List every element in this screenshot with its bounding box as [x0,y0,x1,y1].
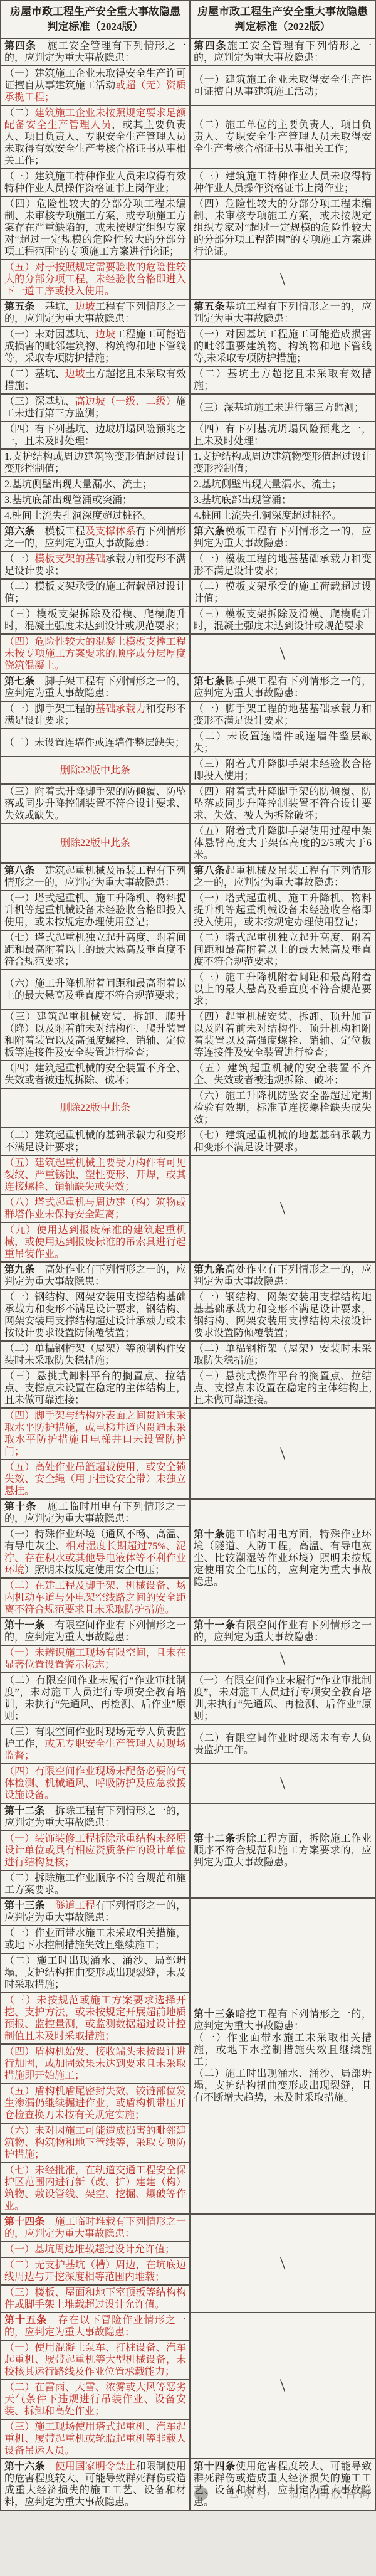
cell-2024: （三）有限空间作业时现场无专人负责监护工作，或无专职安全生产管理人员现场监督； [1,1724,190,1764]
cell-2024: 第十六条 使用国家明令禁止和限制使用的危害程度较大、可能导致群死群伤或造成重大经… [1,2459,190,2510]
text-segment: （三）建筑起重机械安装、拆卸、爬升（降）以及附着前未对结构件、爬升装置和附着装置… [4,1012,186,1058]
cell-2022: \ [190,260,375,299]
text-segment: 第五条 [194,302,225,312]
cell-2024: （七）塔式起重机独立起升高度、附着间距和最高附着以上的最大悬高及垂直度不符合规范… [1,930,190,970]
text-segment: （四）危险性较大的分部分项工程未编制、未审核专项施工方案，或专项施工方案存在严重… [4,199,186,257]
text-segment: （二）在雷雨、大雪、浓雾或大风等恶劣天气条件下违规进行吊装作业、设备安装、拆卸和… [4,2382,186,2417]
table-row: （三）建筑起重机械安装、拆卸、爬升（降）以及附着前未对结构件、爬升装置和附着装置… [1,1009,375,1061]
text-segment: 第十条 [194,1529,225,1540]
text-segment: （一）作业面带水施工未采取相关措施，或地下水控制措施失效且继续施工； [4,1928,186,1951]
table-row: （四）危险性较大的混凝土模板支撑工程未按专项施工方案要求的顺序或分层厚度浇筑混凝… [1,634,375,674]
cell-2024: 第七条 脚手架工程有下列情形之一的，应判定为重大事故隐患： [1,674,190,701]
text-segment: 2.基坑侧壁出现大量漏水、流土； [194,479,342,490]
cell-2022: （三）悬挑式操作平台的搁置点、拉结点、支撑点未设置在稳定的主体结构上,且未做可靠… [190,1369,375,1408]
cell-2024: （三）建筑施工特种作业人员未取得有效特种作业人员操作资格证书上岗作业； [1,169,190,196]
cell-2022: （二）塔式起重机独立起升高度、附着间距和最高附着以上的最大悬高及垂直度不符合规范… [190,930,375,970]
text-segment: 删除22版中此条 [60,765,130,776]
cell-2022: （二）单榀钢桁架（屋架）安装时未采取防失稳措施； [190,1341,375,1369]
cell-2024: 第十四条 施工临时堆载有下列情形之一的，应判定为重大事故隐患： [1,2214,190,2242]
text-segment: （五）盾构机盾尾密封失效、铰链部位发生渗漏仍继续掘进作业，或盾构机带压开仓检查换… [4,2086,186,2121]
cell-2024: （五）盾构机盾尾密封失效、铰链部位发生渗漏仍继续掘进作业，或盾构机带压开仓检查换… [1,2084,190,2123]
text-segment [44,1900,55,1911]
table-row: （二）建筑起重机械的基础承载力和变形不满足设计要求；（七）建筑起重机械的地基基础… [1,1128,375,1155]
cell-2024: （三）悬挑式卸料平台的搁置点、拉结点、支撑点未设置在稳定的主体结构上，且未做可靠… [1,1369,190,1408]
text-segment: （五）高处作业吊篮超载使用，或安全锁失效、安全绳（用于挂设安全带）未独立悬挂。 [4,1462,186,1497]
cell-2024: （四）有下列基坑、边坡坍塌风险预兆之一，且未及时处理： [1,421,190,449]
cell-2024: （一）装饰装修工程拆除承重结构未经原设计单位或具有相应资质条件的设计单位进行结构… [1,1831,190,1870]
text-segment: 第七条 [4,676,34,687]
text-segment: \ [280,2375,285,2396]
text-segment: （二）基坑、 [4,369,65,379]
cell-2024: 2.基坑侧壁出现大量漏水、流土； [1,477,190,492]
text-segment: （九）使用达到报废标准的建筑起重机械，或使用达到报废标准的吊索具进行起重吊装作业… [4,1225,186,1259]
table-row: （七）塔式起重机独立起升高度、附着间距和最高附着以上的最大悬高及垂直度不符合规范… [1,930,375,970]
text-segment: \ [280,644,285,664]
text-segment: （四）有限空间作业现场未配备必要的气体检测、机械通风、呼吸防护及应急救援设施设备… [4,1766,186,1801]
table-row: （三）深基坑、高边坡（一级、二级）施工未进行第三方监测；（三）深基坑施工未进行第… [1,394,375,421]
cell-2024: （一）脚手架工程的基础承载力和变形不满足设计要求； [1,701,190,729]
text-segment: 及支撑体系 [85,526,136,537]
text-segment: （二）有限空间作业时现场未有专人负责监护工作。 [194,1733,372,1756]
text-segment: （四）脚手架与结构外表面之间贯通未采取水平防护措施，或电梯井道内贯通未采取水平防… [4,1411,186,1457]
cell-2024: （一）使用混凝土泵车、打桩设备、汽车起重机、履带起重机等大型机械设备，未校核其运… [1,2340,190,2380]
text-segment: \ [280,1773,285,1794]
text-segment: （一）使用混凝土泵车、打桩设备、汽车起重机、履带起重机等大型机械设备，未校核其运… [4,2343,186,2377]
cell-2022: （一）有限空间作业未履行“作业审批制度”，未对施工人员进行专项安全教育培训,未执… [190,1673,375,1724]
cell-2024: （三）施工现场使用塔式起重机、汽车起重机、履带起重机或轮胎起重机等非载人设备吊运… [1,2419,190,2459]
text-segment: 第六条 [194,526,225,537]
text-segment: 第十三条 [4,1900,44,1911]
cell-2024: （一）建筑施工企业未取得安全生产许可证擅自从事建筑施工活动或超（无）资质承揽工程… [1,66,190,105]
text-segment: （三）悬挑式操作平台的搁置点、拉结点、支撑点未设置在稳定的主体结构上,且未做可靠… [194,1371,372,1406]
text-segment: （二）单榀钢桁架（屋架）安装时未采取防失稳措施； [194,1344,372,1366]
text-segment: 第九条 [4,1264,34,1275]
text-segment: 使用国家明令禁止 [55,2461,136,2472]
cell-2022: \ [190,634,375,674]
table-row: （二）未设置连墙件或连墙件整层缺失；（二）未设置连墙件或连墙件整层缺失； [1,729,375,756]
cell-2022: （一）模板工程的地基基础承载力和变形不满足设计要求； [190,551,375,579]
text-segment: （三）未按规范或施工方案要求选择开挖、支护方法，或未按规定开展超前地质预报、监控… [4,1995,186,2042]
text-segment: 第十五条 [4,2315,48,2326]
text-segment: ）照明未按规定使用安全电压； [24,1565,165,1576]
table-row: 第五条 基坑、边坡工程有下列情形之一的，应判定为重大事故隐患：第五条基坑工程有下… [1,299,375,327]
cell-2024: （三）深基坑、高边坡（一级、二级）施工未进行第三方监测； [1,394,190,421]
cell-2024: （二）在建工程及脚手架、机械设备、场内机动车道与外电架空线路之间的安全距离不符合… [1,1578,190,1618]
text-segment: 基坑、 [34,302,75,312]
text-segment: （一）脚手架工程的地基基础承载力和变形不满足设计要求； [194,704,372,726]
cell-2022: \ [190,2313,375,2459]
cell-2024: （四）建筑起重机械的安全装置不齐全、失效或者被违规拆除、破坏； [1,1061,190,1088]
table-row: （四）危险性较大的分部分项工程未编制、未审核专项施工方案，或专项施工方案存在严重… [1,196,375,260]
text-segment: （二） [4,108,34,119]
text-segment: \ [280,269,285,290]
table-row: （五）建筑起重机械主要受力构件有可见裂纹、严重锈蚀、塑性变形、开焊，或其连接螺栓… [1,1155,375,1195]
text-segment: 2.基坑侧壁出现大量漏水、流土； [4,479,152,490]
cell-2024: （四）有限空间作业现场未配备必要的气体检测、机械通风、呼吸防护及应急救援设施设备… [1,1764,190,1803]
text-segment: 删除22版中此条 [60,1103,130,1113]
text-segment: （一）建筑施工企业未取得安全生产许可证擅自从事建筑施工活动； [194,75,372,97]
text-segment: （二）模板支架承受的施工荷载超过设计值； [194,581,372,604]
text-segment: （五）附着式升降脚手架使用过程中架体悬臂高度大于架体高度的2/5或大于6米。 [194,826,372,861]
table-row: （二）建筑施工企业未按照规定要求足额配备安全生产管理人员，或其主要负责人、项目负… [1,105,375,169]
cell-2024: 删除22版中此条 [1,1088,190,1128]
text-segment: （二）施工时出现涌水、涌沙、局部坍塌，支护结构扭曲变形或出现裂缝，且有不断增大趋… [194,2069,372,2103]
cell-2024: 删除22版中此条 [1,824,190,863]
cell-2024: （七）未经批准，在轨道交通工程安全保护区范围内进行新（改、扩）建建（构）筑物、敷… [1,2163,190,2214]
text-segment: 隧道工程 [55,1900,95,1911]
text-segment: 边坡 [95,329,115,340]
cell-2024: （二）未设置连墙件或连墙件整层缺失； [1,729,190,756]
cell-2022: 第十条施工临时用电方面，特殊作业环境（隧道、人防工程，高温、有导电灰尘、比较潮湿… [190,1499,375,1618]
text-segment: 边坡 [65,369,85,379]
table-row: 第四条 施工安全管理有下列情形之一的，应判定为重大事故隐患：第四条施工安全管理有… [1,38,375,66]
table-row: （二）单榀钢桁架（屋架）等预制构件安装时未采取防失稳措施；（二）单榀钢桁架（屋架… [1,1341,375,1369]
text-segment: （三）深基坑、 [4,396,75,407]
cell-2024: （二）建筑起重机械的基础承载力和变形不满足设计要求； [1,1128,190,1155]
text-segment: 模板工程 [34,526,85,537]
text-segment: （三）悬挑式卸料平台的搁置点、拉结点、支撑点未设置在稳定的主体结构上，且未做可靠… [4,1371,186,1406]
text-segment: （一）装饰装修工程拆除承重结构未经原设计单位或具有相应资质条件的设计单位进行结构… [4,1833,186,1868]
text-segment: \ [280,1198,285,1219]
cell-2022: （七）建筑起重机械的地基基础承载力和变形不满足设计要求。 [190,1128,375,1155]
text-segment: （一）模板工程的地基基础承载力和变形不满足设计要求； [194,554,372,576]
text-segment: （四）有下列基坑坍塌风险预兆之一，且未及时处理： [194,424,372,447]
cell-2024: （三）建筑起重机械安装、拆卸、爬升（降）以及附着前未对结构件、爬升装置和附着装置… [1,1009,190,1061]
cell-2022: 1.支护结构或周边建筑物变形值超过设计变形控制值； [190,449,375,477]
cell-2024: （二）无支护基坑（槽）周边，在坑底边线周边与开挖深度相等范围内堆载； [1,2257,190,2285]
text-segment: 删除22版中此条 [60,838,130,849]
cell-2022: （二）有限空间作业时现场未有专人负责监护工作。 [190,1724,375,1764]
text-segment: （三）建筑施工特种作业人员未取得特种作业人员操作资格证书上岗作业； [194,171,372,194]
cell-2024: （六）施工升降机附着间距和最高附着以上的最大悬高及垂直度不符合规范要求； [1,970,190,1009]
text-segment: （三）附着式升降脚手架未经验收合格即投入使用； [194,759,372,782]
text-segment: 第四条 [4,41,36,51]
table-row: 第十一条 有限空间作业有下列情形之一的，应判定为重大事故隐患：第十一条有限空间作… [1,1618,375,1645]
text-segment: （八）塔式起重机与周边建（构）筑物或群塔作业未保持安全距离； [4,1197,186,1220]
cell-2024: （五）建筑起重机械主要受力构件有可见裂纹、严重锈蚀、塑性变形、开焊，或其连接螺栓… [1,1155,190,1195]
text-segment: （三）模板支架拆除及滑模、爬模爬升时，混凝土强度未达到设计或规范要求 [194,609,372,632]
text-segment: 边坡 [75,302,95,312]
cell-2022: 第八条起重机械及吊装工程有下列情形之一的，应判定为重大事故隐患： [190,863,375,891]
table-row: （四）有下列基坑、边坡坍塌风险预兆之一，且未及时处理：（四）有下列基坑坍塌风险预… [1,421,375,449]
cell-2022: （一）建筑施工企业未取得安全生产许可证擅自从事建筑施工活动； [190,66,375,105]
text-segment: 1.支护结构或周边建筑物变形值超过设计变形控制值； [194,452,372,474]
table-row: （一）脚手架工程的基础承载力和变形不满足设计要求；（一）脚手架工程的地基基础承载… [1,701,375,729]
text-segment: （一）有限空间作业未履行“作业审批制度”，未对施工人员进行专项安全教育培训,未执… [194,1675,372,1722]
cell-2022: \ [190,2214,375,2313]
text-segment: （三）深基坑施工未进行第三方监测； [194,403,364,413]
table-row: 第十六条 使用国家明令禁止和限制使用的危害程度较大、可能导致群死群伤或造成重大经… [1,2459,375,2510]
text-segment: （三）附着式升降脚手架的防倾覆、防坠落或同步升降控制装置不符合设计要求、失效或缺… [4,787,186,821]
table-row: 1.支护结构或周边建筑物变形值超过设计变形控制值；1.支护结构或周边建筑物变形值… [1,449,375,477]
cell-2022: （四）附着式升降脚手架的防倾覆、防坠落或同步升降控制装置不符合设计要求、失效、被… [190,784,375,824]
text-segment: （二）单榀钢桁架（屋架）等预制构件安装时未采取防失稳措施； [4,1344,186,1366]
cell-2022: 第十三条暗挖工程有下列情形之一的，应判定为重大事故隐患：（一）作业面带水施工未采… [190,1898,375,2214]
table-row: （四）脚手架与结构外表面之间贯通未采取水平防护措施，或电梯井道内贯通未采取水平防… [1,1408,375,1460]
cell-2022: 第九条高处作业有下列情形之一的，应判定为重大事故隐患： [190,1262,375,1290]
text-segment: （一）钢结构、网架安装用支撑结构基础承载力和变形不满足设计要求，钢结构、网架安装… [4,1292,186,1338]
table-row: （三）建筑施工特种作业人员未取得有效特种作业人员操作资格证书上岗作业；（三）建筑… [1,169,375,196]
text-segment: （一）作业面带水施工未采取相关措施，或地下水控制措施失效且继续施工； [194,2033,372,2067]
text-segment: （二）基坑土方超挖且未采取有效措施； [194,369,372,391]
table-row: （一）建筑施工企业未取得安全生产许可证擅自从事建筑施工活动或超（无）资质承揽工程… [1,66,375,105]
table-row: 第九条 高处作业有下列情形之一的，应判定为重大事故隐患：第九条高处作业有下列情形… [1,1262,375,1290]
table-row: （四）有限空间作业现场未配备必要的气体检测、机械通风、呼吸防护及应急救援设施设备… [1,1764,375,1803]
text-segment: 模板支架的基础 [34,554,105,564]
text-segment: （一）未辨识施工现场有限空间，且未在显著位置设置警示标志； [4,1648,186,1670]
text-segment: 第四条 [194,41,227,51]
document-page: 房屋市政工程生产安全重大事故隐患判定标准（2024版） 房屋市政工程生产安全重大… [0,0,376,2511]
table-row: 第七条 脚手架工程有下列情形之一的，应判定为重大事故隐患：第七条脚手架工程有下列… [1,674,375,701]
text-segment: 第六条 [4,526,34,537]
table-row: （三）有限空间作业时现场无专人负责监护工作，或无专职安全生产管理人员现场监督；（… [1,1724,375,1764]
text-segment: （三）模板支架拆除及滑模、爬模爬升时，混凝土强度未达到设计或规范要求； [4,609,186,632]
cell-2022: （五）建筑起重机械的安全装置不齐全、失效或者被违规拆除、破坏； [190,1061,375,1088]
cell-2024: 第九条 高处作业有下列情形之一的，应判定为重大事故隐患： [1,1262,190,1290]
cell-2022: 4.桩间土流失孔洞深度超过桩径。 [190,508,375,524]
table-row: （五）对于按照规定需要验收的危险性较大的分部分项工程，未经验收合格即进入下一道工… [1,260,375,299]
table-header-row: 房屋市政工程生产安全重大事故隐患判定标准（2024版） 房屋市政工程生产安全重大… [1,1,375,38]
table-row: 3.基坑底部出现管涌或突涌；3.基坑底部出现管涌； [1,492,375,508]
cell-2022: （二）未设置连墙件或连墙件整层缺失； [190,729,375,756]
table-row: （一）模板支架的基础承载力和变形不满足设计要求；（一）模板工程的地基基础承载力和… [1,551,375,579]
table-row: 第六条 模板工程及支撑体系有下列情形之一的，应判定为重大事故隐患：第六条模板工程… [1,524,375,551]
cell-2022: （四）危险性较大的分部分项工程未编制、未审核专项施工方案，或未按规定组织专家对“… [190,196,375,260]
cell-2022: （一）钢结构、网架安装用支撑结构地基基础承载力和变形不满足设计要求，钢结构、网架… [190,1290,375,1341]
text-segment: 第十三条 [194,2009,236,2020]
text-segment: 第七条 [194,676,225,687]
text-segment: 4.桩间土流失孔洞深度超过桩径。 [194,511,342,521]
table-row: （二）有限空间作业未履行“作业审批制度”，未对施工人员进行专项安全教育培训，未执… [1,1673,375,1724]
cell-2022: \ [190,1764,375,1803]
cell-2024: 删除22版中此条 [1,756,190,784]
cell-2024: 第十一条 有限空间作业有下列情形之一的，应判定为重大事故隐患： [1,1618,190,1645]
text-segment: （五）对于按照规定需要验收的危险性较大的分部分项工程，未经验收合格即进入下一道工… [4,262,186,297]
cell-2024: （六）未对因施工可能造成损害的毗邻建筑物、构筑物和地下管线等，采取专项防护措施； [1,2123,190,2163]
cell-2024: （四）危险性较大的混凝土模板支撑工程未按专项施工方案要求的顺序或分层厚度浇筑混凝… [1,634,190,674]
table-row: 删除22版中此条（六）施工升降机防坠安全器超过定期检验有效期，标准节连接螺栓缺失… [1,1088,375,1128]
text-segment: （五）建筑起重机械主要受力构件有可见裂纹、严重锈蚀、塑性变形、开焊，或其连接螺栓… [4,1158,186,1192]
cell-2024: （三）楼板、屋面和地下室顶板等结构构件或脚手架上堆载超过设计允许值。 [1,2285,190,2313]
table-row: （四）建筑起重机械的安全装置不齐全、失效或者被违规拆除、破坏；（五）建筑起重机械… [1,1061,375,1088]
text-segment: （二）有限空间作业未履行“作业审批制度”，未对施工人员进行专项安全教育培训，未执… [4,1675,186,1722]
text-segment: （六）施工升降机防坠安全器超过定期检验有效期，标准节连接螺栓缺失或失效； [194,1091,372,1125]
text-segment: \ [280,1648,285,1669]
cell-2024: （三）附着式升降脚手架的防倾覆、防坠落或同步升降控制装置不符合设计要求、失效或缺… [1,784,190,824]
text-segment: 3.基坑底部出现管涌； [194,495,291,506]
cell-2022: \ [190,1408,375,1499]
text-segment: 第九条 [194,1264,225,1275]
text-segment: （三）施工升降机附着间距和最高附着以上的最大悬高及垂直度不符合规范要求； [194,972,372,1007]
text-segment: （二）塔式起重机独立起升高度、附着间距和最高附着以上的最大悬高及垂直度不符合规范… [194,933,372,967]
text-segment: （四）起重机械安装、拆卸、顶升加节以及附着前未对结构件、顶升机构和附着装置以及高… [194,1012,372,1058]
cell-2024: 3.基坑底部出现管涌或突涌； [1,492,190,508]
cell-2024: （二）基坑、边坡土方超挖且未采取有效措施； [1,366,190,394]
text-segment: （七）未经批准，在轨道交通工程安全保护区范围内进行新（改、扩）建建（构）筑物、敷… [4,2165,186,2212]
text-segment: （二）施工时出现涌水、涌沙、局部坍塌，支护结构扭曲变形或出现裂缝，未及时采取措施… [4,1956,186,1990]
text-segment: 基础承载力 [95,704,146,714]
column-title-2022: 房屋市政工程生产安全重大事故隐患判定标准（2022版） [190,1,375,38]
text-segment: 第五条 [4,302,34,312]
cell-2024: （一）模板支架的基础承载力和变形不满足设计要求； [1,551,190,579]
cell-2022: （六）施工升降机防坠安全器超过定期检验有效期，标准节连接螺栓缺失或失效； [190,1088,375,1128]
text-segment: （三）楼板、屋面和地下室顶板等结构构件或脚手架上堆载超过设计允许值。 [4,2287,186,2310]
text-segment: （六）未对因施工可能造成损害的毗邻建筑物、构筑物和地下管线等，采取专项防护措施； [4,2126,186,2160]
text-segment: （二）施工单位的主要负责人、项目负责人、专职安全生产管理人员未取得安全生产考核合… [194,120,372,154]
cell-2022: 第四条施工安全管理有下列情形之一的，应判定为重大事故隐患： [190,38,375,66]
text-segment: （三）建筑施工特种作业人员未取得有效特种作业人员操作资格证书上岗作业； [4,171,186,194]
cell-2022: （一）对因基坑工程施工可能造成损害的毗邻重要建筑物、构筑物和地下管线等,未采取专… [190,327,375,366]
cell-2024: 第五条 基坑、边坡工程有下列情形之一的，应判定为重大事故隐患： [1,299,190,327]
cell-2024: （二）建筑施工企业未按照规定要求足额配备安全生产管理人员，或其主要负责人、项目负… [1,105,190,169]
text-segment: （二）拆除施工作业顺序不符合规范和施工方案要求。 [4,1873,186,1895]
cell-2024: （一）特殊作业环境（通风不畅、高温、有导电灰尘、相对湿度长期超过75%、泥泞、存… [1,1527,190,1578]
cell-2022: （三）施工升降机附着间距和最高附着以上的最大悬高及垂直度不符合规范要求； [190,970,375,1009]
table-row: 第八条 建筑起重机械及吊装工程有下列情形之一的，应判定为重大事故隐患：第八条起重… [1,863,375,891]
table-row: 删除22版中此条（三）附着式升降脚手架未经验收合格即投入使用； [1,756,375,784]
table-row: 2.基坑侧壁出现大量漏水、流土；2.基坑侧壁出现大量漏水、流土； [1,477,375,492]
text-segment: （四）有下列基坑、边坡坍塌风险预兆之一，且未及时处理： [4,424,186,447]
table-row: 第十二条 拆除工程有下列情形之一的，应判定为重大事故隐患：第十二条拆除工程方面，… [1,1803,375,1831]
text-segment: 第十二条 [4,1806,44,1816]
text-segment: （一）脚手架工程的 [4,704,95,714]
cell-2024: （八）塔式起重机与周边建（构）筑物或群塔作业未保持安全距离； [1,1195,190,1222]
text-segment [44,2461,55,2472]
text-segment: （一） [4,554,34,564]
cell-2024: （三）未按规范或施工方案要求选择开挖、支护方法，或未按规定开展超前地质预报、监控… [1,1993,190,2044]
cell-2024: （四）危险性较大的分部分项工程未编制、未审核专项施工方案，或专项施工方案存在严重… [1,196,190,260]
cell-2024: （一）未辨识施工现场有限空间，且未在显著位置设置警示标志； [1,1645,190,1673]
table-row: （六）施工升降机附着间距和最高附着以上的最大悬高及垂直度不符合规范要求；（三）施… [1,970,375,1009]
cell-2022: （五）附着式升降脚手架使用过程中架体悬臂高度大于架体高度的2/5或大于6米。 [190,824,375,863]
text-segment: （四）盾构机始发、接收端头未按设计进行加固，或加固效果未达到要求且未采取措施即开… [4,2047,186,2081]
cell-2022: （三）建筑施工特种作业人员未取得特种作业人员操作资格证书上岗作业； [190,169,375,196]
cell-2024: （五）高处作业吊篮超载使用，或安全锁失效、安全绳（用于挂设安全带）未独立悬挂。 [1,1460,190,1499]
text-segment: （三）施工现场使用塔式起重机、汽车起重机、履带起重机或轮胎起重机等非载人设备吊运… [4,2422,186,2456]
text-segment: 第十一条 [4,1620,44,1631]
cell-2022: （四）起重机械安装、拆卸、顶升加节以及附着前未对结构件、顶升机构和附着装置以及高… [190,1009,375,1061]
text-segment: （七）塔式起重机独立起升高度、附着间距和最高附着以上的最大悬高及垂直度不符合规范… [4,933,186,967]
text-segment: （一）塔式起重机、施工升降机、物料提升机等起重机械设备未经验收合格即投入使用，或… [4,893,186,928]
column-title-2024: 房屋市政工程生产安全重大事故隐患判定标准（2024版） [1,1,190,38]
cell-2024: （二）单榀钢桁架（屋架）等预制构件安装时未采取防失稳措施； [1,1341,190,1369]
text-segment: （四）建筑起重机械的安全装置不齐全、失效或者被违规拆除、破坏； [4,1063,186,1086]
text-segment: （二）未设置连墙件或连墙件整层缺失； [194,731,372,754]
cell-2022: 第十二条拆除工程方面，拆除施工作业顺序不符合规范和施工方案要求的，应判定为重大事… [190,1803,375,1898]
text-segment: （一）基坑周边堆载超过设计允许值； [4,2244,175,2255]
cell-2022: 2.基坑侧壁出现大量漏水、流土； [190,477,375,492]
cell-2024: （一）塔式起重机、施工升降机、物料提升机等起重机械设备未经验收合格即投入使用，或… [1,891,190,930]
cell-2024: （二）在雷雨、大雪、浓雾或大风等恶劣天气条件下违规进行吊装作业、设备安装、拆卸和… [1,2380,190,2419]
cell-2024: （二）施工时出现涌水、涌沙、局部坍塌，支护结构扭曲变形或出现裂缝，未及时采取措施… [1,1953,190,1993]
text-segment: （一）未对因基坑、 [4,329,95,340]
text-segment: （二）未设置连墙件或连墙件整层缺失； [4,738,185,748]
cell-2022: （二）施工单位的主要负责人、项目负责人、专职安全生产管理人员未取得安全生产考核合… [190,105,375,169]
text-segment: （五）建筑起重机械的安全装置不齐全、失效或者被违规拆除、破坏； [194,1063,372,1086]
cell-2024: （一）未对因基坑、边坡工程施工可能造成损害的毗邻建筑物、构筑物和地下管线等，采取… [1,327,190,366]
text-segment: 3.基坑底部出现管涌或突涌； [4,495,132,506]
comparison-table: 房屋市政工程生产安全重大事故隐患判定标准（2024版） 房屋市政工程生产安全重大… [0,0,376,2511]
cell-2022: （四）有下列基坑坍塌风险预兆之一，且未及时处理： [190,421,375,449]
table-row: （一）未对因基坑、边坡工程施工可能造成损害的毗邻建筑物、构筑物和地下管线等，采取… [1,327,375,366]
table-row: （一）钢结构、网架安装用支撑结构基础承载力和变形不满足设计要求，钢结构、网架安装… [1,1290,375,1341]
cell-2022: \ [190,1645,375,1673]
table-row: （一）塔式起重机、施工升降机、物料提升机等起重机械设备未经验收合格即投入使用，或… [1,891,375,930]
table-row: 4.桩间土流失孔洞深度超过桩径。4.桩间土流失孔洞深度超过桩径。 [1,508,375,524]
text-segment: 4.桩间土流失孔洞深度超过桩径。 [4,511,152,521]
table-row: （三）悬挑式卸料平台的搁置点、拉结点、支撑点未设置在稳定的主体结构上，且未做可靠… [1,1369,375,1408]
cell-2022: 第六条模板工程有下列情形之一的，应判定为重大事故隐患： [190,524,375,551]
text-segment: （一）塔式起重机、施工升降机、物料提升机等起重机械设备未经验收合格即投入使用，或… [194,893,372,928]
cell-2024: （二）拆除施工作业顺序不符合规范和施工方案要求。 [1,1870,190,1898]
cell-2022: （一）脚手架工程的地基基础承载力和变形不满足设计要求； [190,701,375,729]
cell-2024: 第四条 施工安全管理有下列情形之一的，应判定为重大事故隐患： [1,38,190,66]
text-segment: \ [280,1443,285,1464]
cell-2024: （一）基坑周边堆载超过设计允许值； [1,2242,190,2257]
text-segment: （四）危险性较大的分部分项工程未编制、未审核专项施工方案，或未按规定组织专家对“… [194,199,372,257]
cell-2022: （二）基坑土方超挖且未采取有效措施； [190,366,375,394]
text-segment: \ [280,2253,285,2274]
cell-2024: （五）对于按照规定需要验收的危险性较大的分部分项工程，未经验收合格即进入下一道工… [1,260,190,299]
cell-2024: 第八条 建筑起重机械及吊装工程有下列情形之一的，应判定为重大事故隐患： [1,863,190,891]
cell-2024: （四）脚手架与结构外表面之间贯通未采取水平防护措施，或电梯井道内贯通未采取水平防… [1,1408,190,1460]
cell-2024: 1.支护结构或周边建筑物变形值超过设计变形控制值； [1,449,190,477]
text-segment: 第十六条 [4,2461,44,2472]
text-segment: （二）模板支架承受的施工荷载超过设计值； [4,581,186,604]
text-segment: 高边坡（一级、二级） [75,396,176,407]
cell-2024: 第六条 模板工程及支撑体系有下列情形之一的，应判定为重大事故隐患： [1,524,190,551]
cell-2022: 3.基坑底部出现管涌； [190,492,375,508]
cell-2024: （二）有限空间作业未履行“作业审批制度”，未对施工人员进行专项安全教育培训，未执… [1,1673,190,1724]
text-segment: （二）建筑起重机械的基础承载力和变形不满足设计要求； [4,1130,186,1153]
table-row: 第十三条 隧道工程有下列情形之一的，应判定为重大事故隐患：第十三条暗挖工程有下列… [1,1898,375,1926]
text-segment: （二）在建工程及脚手架、机械设备、场内机动车道与外电架空线路之间的安全距离不符合… [4,1581,186,1615]
cell-2022: 第十一条有限空间作业有下列情形之一的，应判定为重大事故隐患： [190,1618,375,1645]
table-row: （三）模板支架拆除及滑模、爬模爬升时，混凝土强度未达到设计或规范要求；（三）模板… [1,607,375,634]
table-row: 删除22版中此条（五）附着式升降脚手架使用过程中架体悬臂高度大于架体高度的2/5… [1,824,375,863]
table-row: （一）未辨识施工现场有限空间，且未在显著位置设置警示标志；\ [1,1645,375,1673]
cell-2022: 第五条基坑工程有下列情形之一的，应判定为重大事故隐患： [190,299,375,327]
table-row: 第十五条 存在以下冒险作业情形之一的，应判定为重大事故隐患：\ [1,2313,375,2340]
table-row: 第十四条 施工临时堆载有下列情形之一的，应判定为重大事故隐患：\ [1,2214,375,2242]
cell-2022: 第七条脚手架工程有下列情形之一的，应判定为重大事故隐患： [190,674,375,701]
table-row: （二）基坑、边坡土方超挖且未采取有效措施；（二）基坑土方超挖且未采取有效措施； [1,366,375,394]
cell-2024: （一）作业面带水施工未采取相关措施，或地下水控制措施失效且继续施工； [1,1926,190,1953]
cell-2024: 第十五条 存在以下冒险作业情形之一的，应判定为重大事故隐患： [1,2313,190,2340]
table-row: 第十条 施工临时用电有下列情形之一的，应判定为重大事故隐患：第十条施工临时用电方… [1,1499,375,1527]
cell-2022: （一）塔式起重机、施工升降机、物料提升机等起重机械设备未经验收合格即投入使用，或… [190,891,375,930]
cell-2024: （一）钢结构、网架安装用支撑结构基础承载力和变形不满足设计要求，钢结构、网架安装… [1,1290,190,1341]
text-segment: 第十条 [4,1502,36,1512]
text-segment: （六）施工升降机附着间距和最高附着以上的最大悬高及垂直度不符合规范要求； [4,978,186,1001]
cell-2024: 第十二条 拆除工程有下列情形之一的，应判定为重大事故隐患： [1,1803,190,1831]
cell-2022: （三）附着式升降脚手架未经验收合格即投入使用； [190,756,375,784]
cell-2024: （九）使用达到报废标准的建筑起重机械，或使用达到报废标准的吊索具进行起重吊装作业… [1,1222,190,1262]
cell-2022: 第十四条使用危害程度较大、可能导致群死群伤或造成重大经济损失的施工工艺、设备和材… [190,2459,375,2510]
cell-2024: （二）模板支架承受的施工荷载超过设计值； [1,579,190,607]
text-segment: （一）对因基坑工程施工可能造成损害的毗邻重要建筑物、构筑物和地下管线等,未采取专… [194,329,372,364]
cell-2024: （四）盾构机始发、接收端头未按设计进行加固，或加固效果未达到要求且未采取措施即开… [1,2044,190,2084]
text-segment: 第十四条 [4,2217,44,2227]
comparison-table-body: 第四条 施工安全管理有下列情形之一的，应判定为重大事故隐患：第四条施工安全管理有… [1,38,375,2510]
text-segment: （一）钢结构、网架安装用支撑结构地基基础承载力和变形不满足设计要求，钢结构、网架… [194,1292,372,1338]
text-segment: 第八条 [194,866,225,876]
cell-2024: 第十条 施工临时用电有下列情形之一的，应判定为重大事故隐患： [1,1499,190,1527]
text-segment: 第十二条 [194,1833,236,1844]
text-segment: 第十一条 [194,1620,236,1631]
cell-2024: （三）模板支架拆除及滑模、爬模爬升时，混凝土强度未达到设计或规范要求； [1,607,190,634]
text-segment: （二）无支护基坑（槽）周边，在坑底边线周边与开挖深度相等范围内堆载； [4,2260,186,2282]
